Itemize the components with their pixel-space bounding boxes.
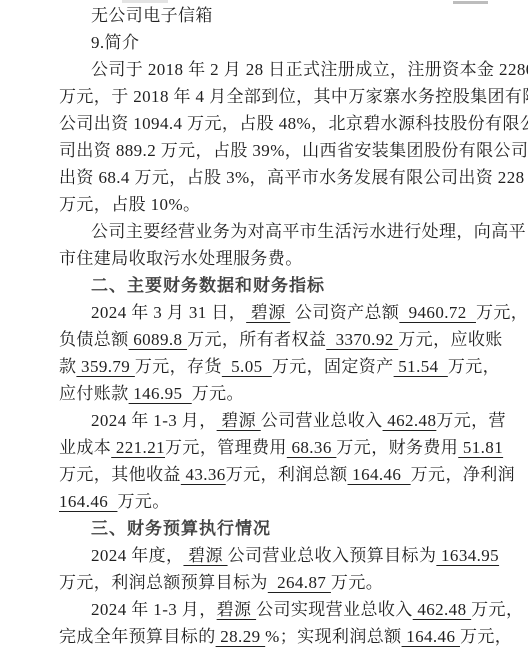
underlined-value: 359.79 (76, 357, 134, 376)
text-line: 负债总额 6089.8 万元，所有者权益 3370.92 万元，应收账 (59, 326, 471, 353)
text-segment: 公司营业总收入预算目标为 (228, 546, 437, 565)
text-segment: 公司于 2018 年 2 月 28 日正式注册成立，注册资本金 2280 (91, 60, 528, 79)
underlined-value: 1634.95 (436, 546, 499, 565)
section-heading: 三、财务预算执行情况 (59, 515, 471, 542)
text-segment: 业成本 (59, 438, 111, 457)
underlined-value: 462.48 (413, 600, 471, 619)
section-heading: 二、主要财务数据和财务指标 (59, 272, 471, 299)
text-segment: 2024 年 1-3 月， (91, 411, 217, 430)
underlined-value: 164.46 (402, 627, 460, 646)
underlined-value: 9460.72 (399, 303, 476, 322)
underlined-value: 碧源 (217, 600, 256, 619)
text-line: 公司出资 1094.4 万元，占股 48%，北京碧水源科技股份有限公 (59, 110, 471, 137)
text-segment: 万元， (460, 627, 512, 646)
underlined-value: 28.29 (216, 627, 266, 646)
underlined-value: 51.54 (394, 357, 448, 376)
underlined-value: 164.46 (348, 465, 411, 484)
text-line: 万元，利润总额预算目标为 264.87 万元。 (59, 569, 471, 596)
text-segment: 万元，占股 10%。 (59, 195, 200, 214)
underlined-value: 3370.92 (326, 330, 398, 349)
underlined-value: 146.95 (129, 384, 192, 403)
text-line: 公司于 2018 年 2 月 28 日正式注册成立，注册资本金 2280 (59, 56, 471, 83)
text-segment: 万元，营 (436, 411, 506, 430)
text-segment: 无公司电子信箱 (91, 6, 213, 25)
text-line: 应付账款 146.95 万元。 (59, 380, 471, 407)
text-segment: 公司资产总额 (290, 303, 399, 322)
text-segment: 负债总额 (59, 330, 129, 349)
text-segment: 2024 年 3 月 31 日， (91, 303, 246, 322)
underlined-value: 68.36 (287, 438, 337, 457)
text-line: 无公司电子信箱 (59, 2, 471, 29)
text-segment: 万元，净利润 (411, 465, 515, 484)
text-line: 万元，占股 10%。 (59, 191, 471, 218)
text-segment: 万元， (471, 600, 523, 619)
text-segment: 公司出资 1094.4 万元，占股 48%，北京碧水源科技股份有限公 (59, 114, 528, 133)
underlined-value: 462.48 (383, 411, 437, 430)
text-segment: 公司实现营业总收入 (256, 600, 413, 619)
text-segment: 出资 68.4 万元，占股 3%，高平市水务发展有限公司出资 228 (59, 168, 525, 187)
text-segment: 公司营业总收入 (261, 411, 383, 430)
text-segment: 万元。 (117, 492, 169, 511)
text-segment: 万元，财务费用 (336, 438, 458, 457)
text-segment: 完成全年预算目标的 (59, 627, 216, 646)
text-line: 司出资 889.2 万元，占股 39%，山西省安装集团股份有限公司 (59, 137, 471, 164)
underlined-value: 5.05 (222, 357, 272, 376)
text-segment: 应付账款 (59, 384, 129, 403)
text-line: 164.46 万元。 (59, 488, 471, 515)
text-segment: 司出资 889.2 万元，占股 39%，山西省安装集团股份有限公司 (59, 141, 528, 160)
underlined-value: 51.81 (458, 438, 503, 457)
top-left-edge-mark (122, 0, 168, 3)
underlined-value: 碧源 (183, 546, 227, 565)
text-line: 2024 年 1-3 月，碧源 公司实现营业总收入 462.48 万元， (59, 596, 471, 623)
top-right-edge-mark (453, 1, 488, 4)
text-segment: 万元，所有者权益 (187, 330, 326, 349)
underlined-value: 221.21 (111, 438, 165, 457)
text-line: 2024 年度， 碧源 公司营业总收入预算目标为 1634.95 (59, 542, 471, 569)
text-line: 款 359.79 万元，存货 5.05 万元，固定资产 51.54 万元， (59, 353, 471, 380)
text-segment: 万元。 (192, 384, 244, 403)
text-segment: %；实现利润总额 (265, 627, 401, 646)
underlined-value: 43.36 (181, 465, 226, 484)
text-line: 9.简介 (59, 29, 471, 56)
text-segment: 2024 年 1-3 月， (91, 600, 217, 619)
text-segment: 2024 年度， (91, 546, 183, 565)
text-segment: 万元，利润总额预算目标为 (59, 573, 268, 592)
text-segment: 万元，利润总额 (226, 465, 348, 484)
text-line: 2024 年 3 月 31 日， 碧源 公司资产总额 9460.72 万元， (59, 299, 471, 326)
underlined-value: 碧源 (217, 411, 261, 430)
text-line: 业成本 221.21万元，管理费用 68.36 万元，财务费用 51.81 (59, 434, 471, 461)
underlined-value: 碧源 (246, 303, 290, 322)
text-line: 2024 年 1-3 月， 碧源 公司营业总收入 462.48万元，营 (59, 407, 471, 434)
text-segment: 万元，固定资产 (272, 357, 394, 376)
underlined-value: 264.87 (268, 573, 331, 592)
text-segment: 万元， (476, 303, 528, 322)
text-line: 公司主要经营业务为对高平市生活污水进行处理，向高平 (59, 218, 471, 245)
text-segment: 万元。 (331, 573, 383, 592)
text-segment: 万元， (448, 357, 500, 376)
text-segment: 市住建局收取污水处理服务费。 (59, 249, 303, 268)
text-segment: 三、财务预算执行情况 (91, 519, 271, 538)
text-line: 出资 68.4 万元，占股 3%，高平市水务发展有限公司出资 228 (59, 164, 471, 191)
text-line: 完成全年预算目标的 28.29 %；实现利润总额 164.46 万元， (59, 623, 471, 650)
text-segment: 9.简介 (91, 33, 139, 52)
text-segment: 万元，存货 (135, 357, 222, 376)
text-segment: 万元，其他收益 (59, 465, 181, 484)
text-segment: 万元，应收账 (398, 330, 502, 349)
text-line: 万元，于 2018 年 4 月全部到位，其中万家寨水务控股集团有限 (59, 83, 471, 110)
text-line: 市住建局收取污水处理服务费。 (59, 245, 471, 272)
underlined-value: 6089.8 (129, 330, 187, 349)
text-segment: 公司主要经营业务为对高平市生活污水进行处理，向高平 (91, 222, 526, 241)
underlined-value: 164.46 (59, 492, 117, 511)
text-segment: 款 (59, 357, 76, 376)
text-segment: 二、主要财务数据和财务指标 (91, 276, 325, 295)
text-segment: 万元，于 2018 年 4 月全部到位，其中万家寨水务控股集团有限 (59, 87, 528, 106)
document-body: 无公司电子信箱9.简介公司于 2018 年 2 月 28 日正式注册成立，注册资… (59, 2, 471, 650)
document-page: 无公司电子信箱9.简介公司于 2018 年 2 月 28 日正式注册成立，注册资… (0, 0, 528, 656)
text-segment: 万元，管理费用 (165, 438, 287, 457)
text-line: 万元，其他收益 43.36万元，利润总额 164.46 万元，净利润 (59, 461, 471, 488)
